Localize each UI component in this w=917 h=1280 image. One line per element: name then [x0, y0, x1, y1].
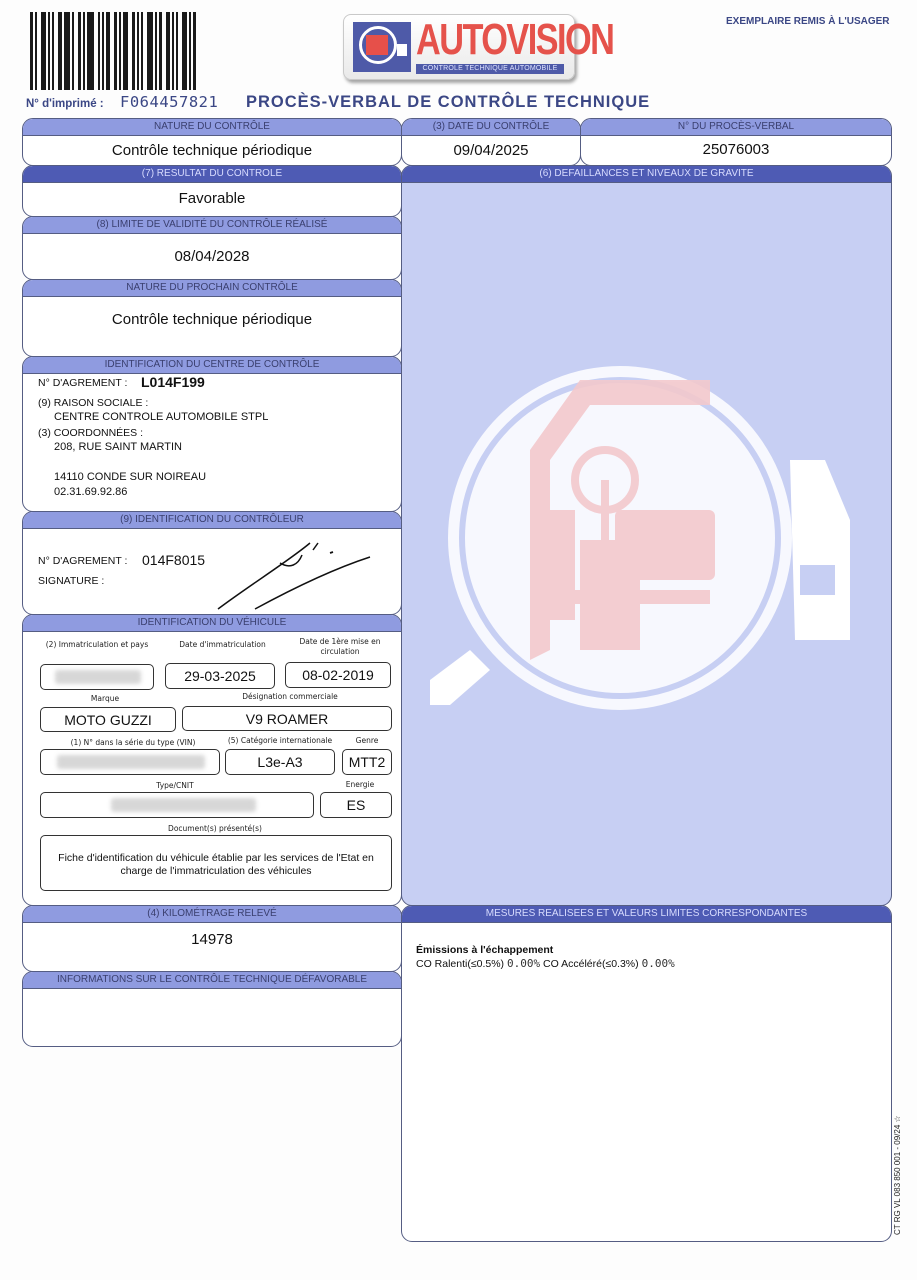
vin-label: (1) N° dans la série du type (VIN)	[58, 738, 208, 747]
categorie-value: L3e-A3	[225, 749, 335, 775]
centre-agrement-value: L014F199	[141, 374, 205, 390]
centre-label: IDENTIFICATION DU CENTRE DE CONTRÔLE	[23, 357, 401, 374]
car-magnifier-icon	[353, 22, 411, 72]
signature-scribble	[210, 535, 380, 615]
energie-value: ES	[320, 792, 392, 818]
immat-label: (2) Immatriculation et pays	[38, 640, 156, 649]
exemplaire-notice: EXEMPLAIRE REMIS À L'USAGER	[726, 16, 890, 27]
raison-sociale-value: CENTRE CONTROLE AUTOMOBILE STPL	[54, 411, 268, 423]
nature-controle-value: Contrôle technique périodique	[23, 136, 401, 166]
type-value	[40, 792, 314, 818]
raison-sociale-label: (9) RAISON SOCIALE :	[38, 397, 148, 409]
immat-value	[40, 664, 154, 690]
form-code: CT RG VL 083 850 001 - 09/24 ☆	[893, 1115, 902, 1235]
genre-label: Genre	[342, 736, 392, 745]
date-circ-label: Date de 1ère mise en circulation	[288, 637, 392, 657]
mesures-label: MESURES REALISEES ET VALEURS LIMITES COR…	[402, 906, 891, 923]
emissions-title: Émissions à l'échappement	[416, 944, 553, 956]
marque-value: MOTO GUZZI	[40, 707, 176, 732]
address-line2: 14110 CONDE SUR NOIREAU	[54, 471, 206, 483]
address-line1: 208, RUE SAINT MARTIN	[54, 441, 182, 453]
date-immat-label: Date d'immatriculation	[165, 640, 280, 649]
kilometrage-panel: (4) KILOMÉTRAGE RELEVÉ 14978	[22, 905, 402, 972]
document-title: PROCÈS-VERBAL DE CONTRÔLE TECHNIQUE	[246, 93, 650, 112]
date-controle-label: (3) DATE DU CONTRÔLE	[402, 119, 580, 136]
controleur-agrement-value: 014F8015	[142, 552, 205, 568]
info-defavorable-label: INFORMATIONS SUR LE CONTRÔLE TECHNIQUE D…	[23, 972, 401, 989]
barcode	[30, 12, 232, 90]
nature-controle-panel: NATURE DU CONTRÔLE Contrôle technique pé…	[22, 118, 402, 166]
info-defavorable-panel: INFORMATIONS SUR LE CONTRÔLE TECHNIQUE D…	[22, 971, 402, 1047]
kilometrage-value: 14978	[23, 923, 401, 957]
limite-validite-label: (8) LIMITE DE VALIDITÉ DU CONTRÔLE RÉALI…	[23, 217, 401, 234]
vehicule-label: IDENTIFICATION DU VÉHICULE	[23, 615, 401, 632]
prochain-controle-label: NATURE DU PROCHAIN CONTRÔLE	[23, 280, 401, 297]
limite-validite-panel: (8) LIMITE DE VALIDITÉ DU CONTRÔLE RÉALI…	[22, 216, 402, 280]
resultat-value: Favorable	[23, 183, 401, 215]
co-accelere-label: CO Accéléré(≤0.3%)	[543, 958, 639, 970]
prochain-controle-panel: NATURE DU PROCHAIN CONTRÔLE Contrôle tec…	[22, 279, 402, 357]
prochain-controle-value: Contrôle technique périodique	[23, 297, 401, 343]
date-immat-value: 29-03-2025	[165, 663, 275, 689]
defaillances-label: (6) DEFAILLANCES ET NIVEAUX DE GRAVITE	[402, 166, 891, 183]
limite-validite-value: 08/04/2028	[23, 234, 401, 280]
date-controle-panel: (3) DATE DU CONTRÔLE 09/04/2025	[401, 118, 581, 166]
designation-value: V9 ROAMER	[182, 706, 392, 731]
resultat-label: (7) RESULTAT DU CONTROLE	[23, 166, 401, 183]
numero-pv-panel: N° DU PROCÈS-VERBAL 25076003	[580, 118, 892, 166]
signature-label: SIGNATURE :	[38, 575, 104, 587]
co-measurements: CO Ralenti(≤0.5%) 0.00% CO Accéléré(≤0.3…	[416, 957, 675, 970]
date-controle-value: 09/04/2025	[402, 136, 580, 166]
imprime-number: F064457821	[120, 93, 218, 111]
controleur-label: (9) IDENTIFICATION DU CONTRÔLEUR	[23, 512, 401, 529]
date-circ-value: 08-02-2019	[285, 662, 391, 688]
designation-label: Désignation commerciale	[200, 692, 380, 701]
nature-controle-label: NATURE DU CONTRÔLE	[23, 119, 401, 136]
co-ralenti-label: CO Ralenti(≤0.5%)	[416, 958, 504, 970]
energie-label: Energie	[330, 780, 390, 789]
documents-label: Document(s) présenté(s)	[140, 824, 290, 833]
marque-label: Marque	[60, 694, 150, 703]
defaillances-panel: (6) DEFAILLANCES ET NIVEAUX DE GRAVITE	[401, 165, 892, 906]
controleur-agrement-label: N° D'AGREMENT :	[38, 555, 127, 567]
numero-pv-value: 25076003	[581, 136, 891, 164]
logo-tagline: CONTROLE TECHNIQUE AUTOMOBILE	[416, 64, 564, 74]
vin-value	[40, 749, 220, 775]
co-ralenti-value: 0.00%	[507, 957, 540, 970]
coordonnees-label: (3) COORDONNÉES :	[38, 427, 143, 439]
genre-value: MTT2	[342, 749, 392, 775]
centre-agrement-label: N° D'AGREMENT :	[38, 377, 127, 389]
kilometrage-label: (4) KILOMÉTRAGE RELEVÉ	[23, 906, 401, 923]
logo-wordmark: AUTOVISION	[416, 14, 613, 66]
documents-value: Fiche d'identification du véhicule établ…	[40, 835, 392, 891]
resultat-panel: (7) RESULTAT DU CONTROLE Favorable	[22, 165, 402, 217]
phone-number: 02.31.69.92.86	[54, 486, 127, 498]
imprime-label: N° d'imprimé :	[26, 98, 104, 110]
numero-pv-label: N° DU PROCÈS-VERBAL	[581, 119, 891, 136]
co-accelere-value: 0.00%	[642, 957, 675, 970]
type-label: Type/CNIT	[130, 781, 220, 790]
categorie-label: (5) Catégorie internationale	[224, 736, 336, 745]
